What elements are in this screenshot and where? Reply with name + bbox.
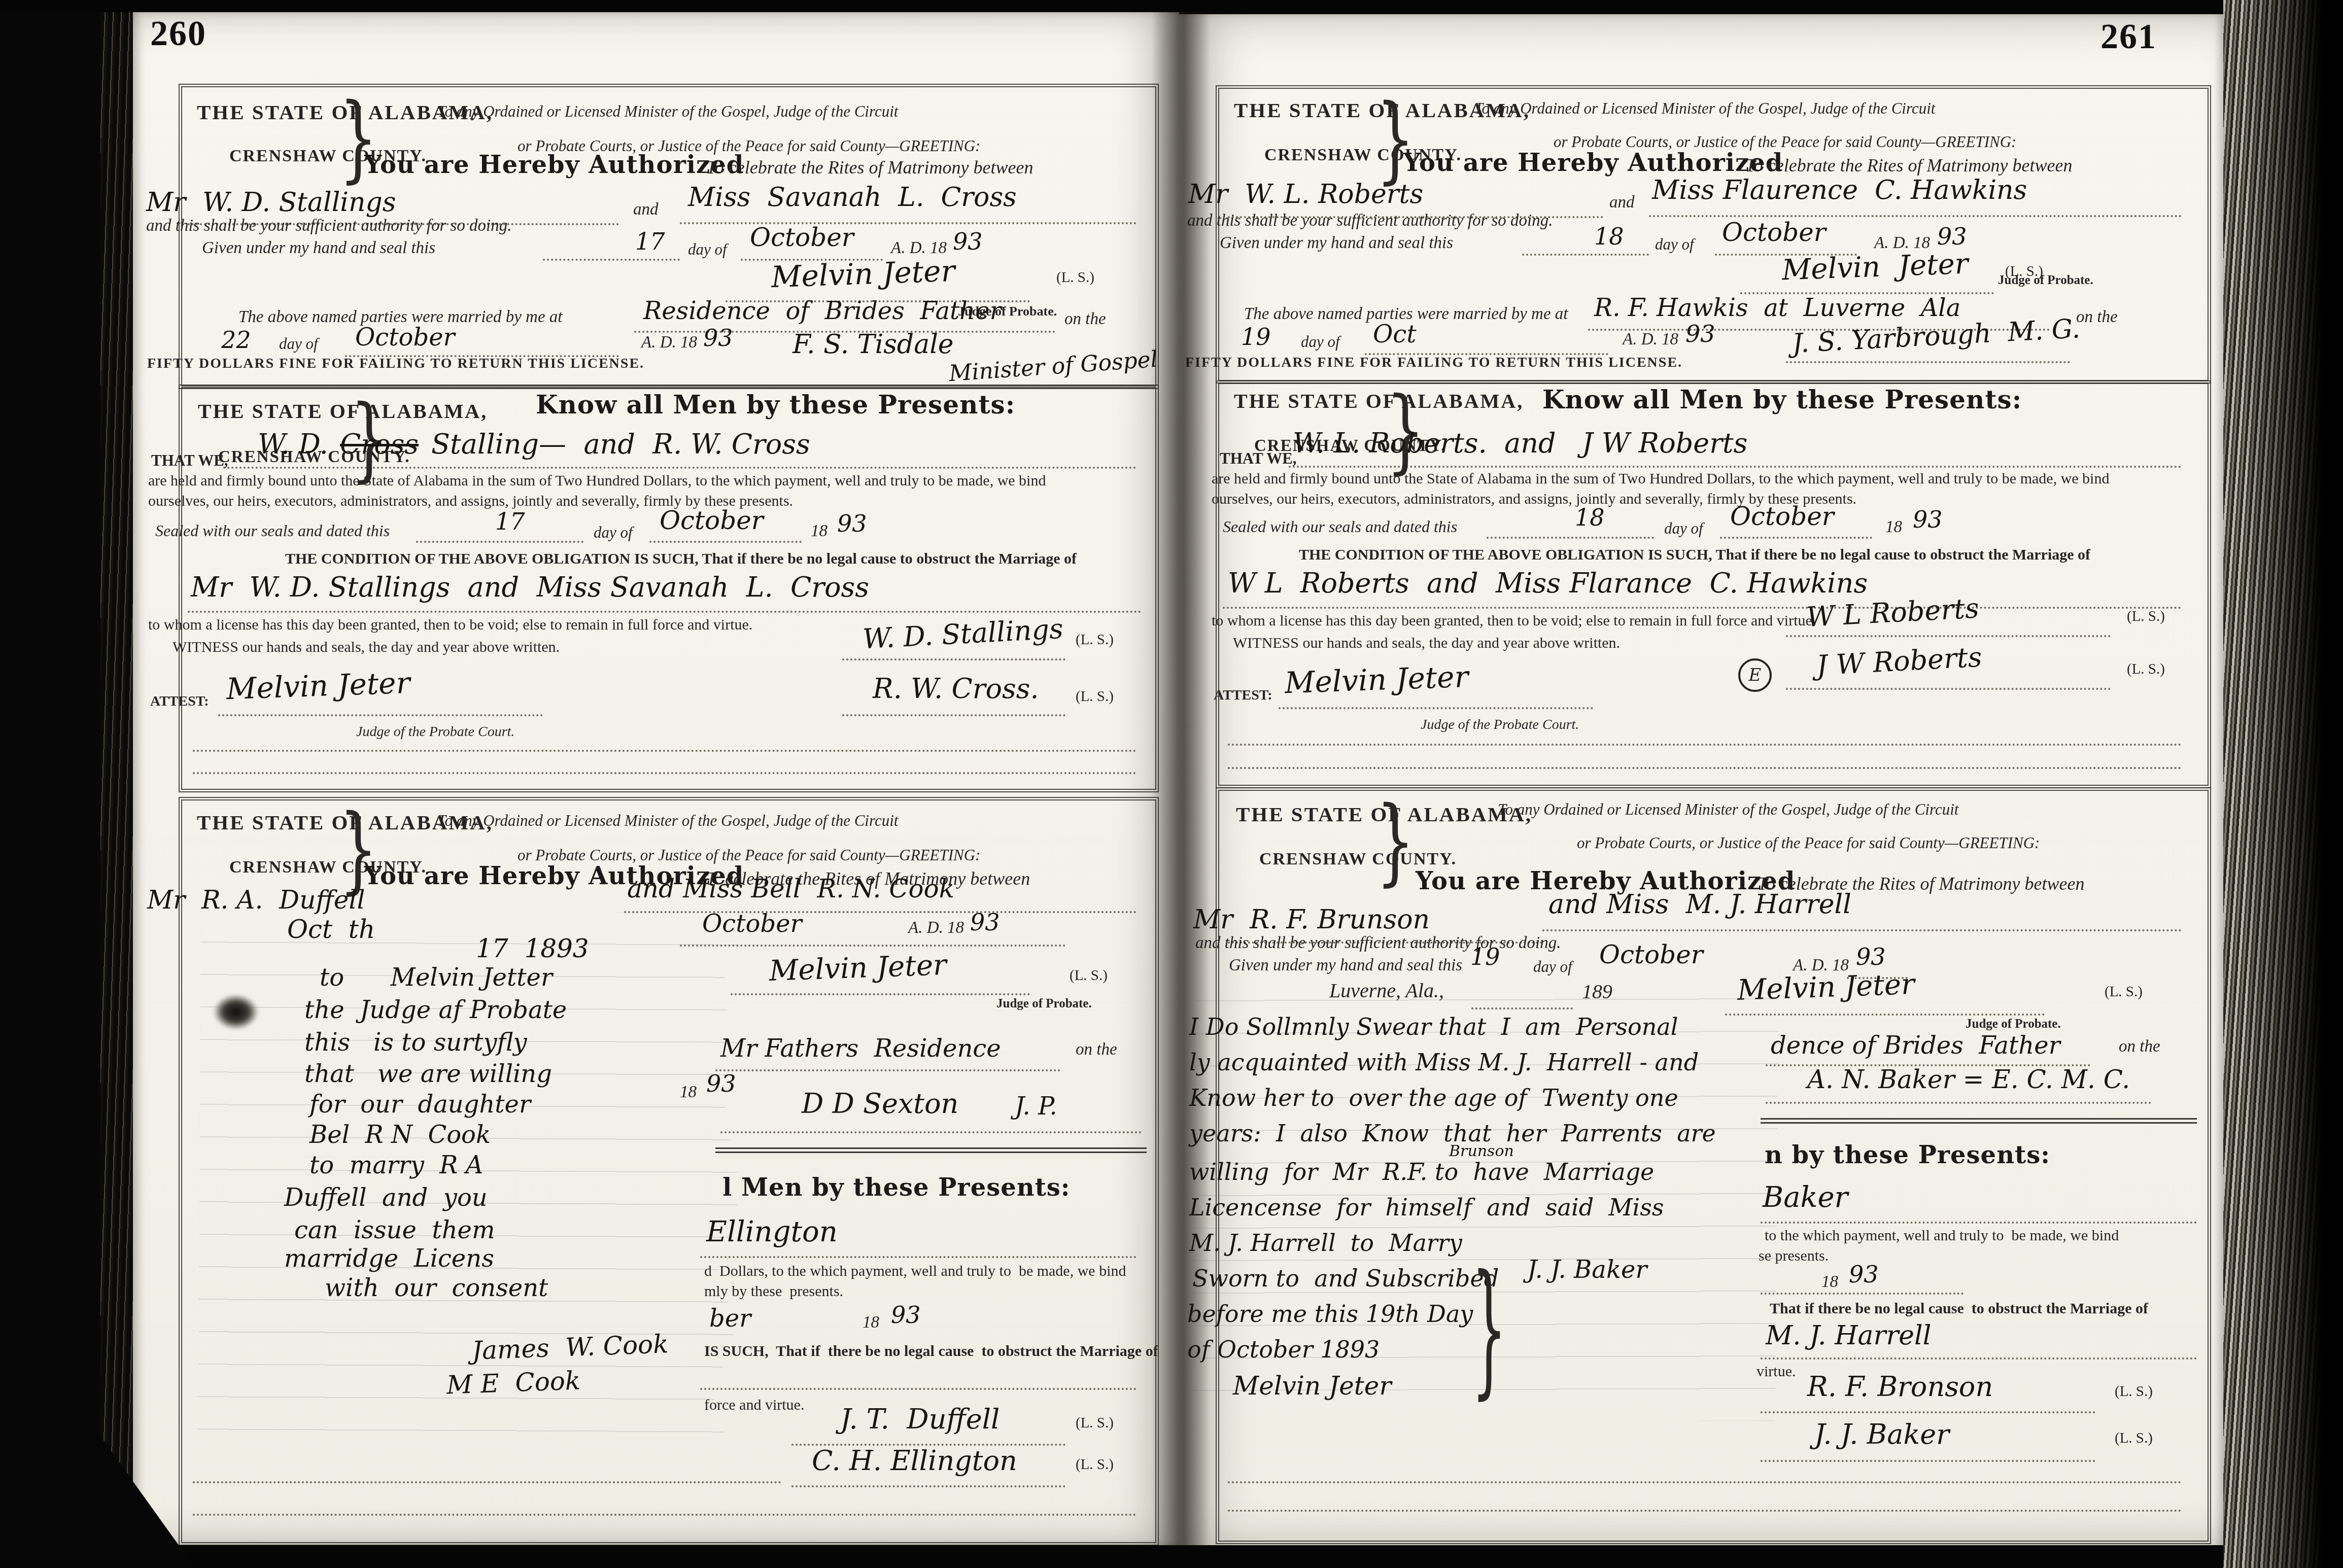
- dotted-line: [680, 945, 1065, 947]
- dotted-line: [543, 259, 680, 261]
- dotted-line: [1786, 361, 2070, 363]
- day-of-label: day of: [594, 525, 633, 541]
- officiant-signature: A. N. Baker = E. C. M. C.: [1807, 1066, 2130, 1093]
- given-under-line: Given under my hand and seal this: [1220, 234, 1453, 252]
- seal-mark-letter: E: [1749, 665, 1762, 685]
- note-line: can issue them: [294, 1217, 495, 1243]
- bride-name: Miss Savanah L. Cross: [688, 184, 1017, 212]
- day-of-label: day of: [1301, 334, 1340, 351]
- dotted-line: [193, 1481, 781, 1483]
- bond-day: 18: [1575, 505, 1605, 530]
- know-all-men-heading: Know all Men by these Presents:: [536, 392, 1015, 419]
- know-all-men-fragment: n by these Presents:: [1765, 1142, 2050, 1168]
- groom-name: Mr W. L. Roberts: [1188, 181, 1423, 208]
- addressee-line-1: To any Ordained or Licensed Minister of …: [437, 813, 898, 829]
- bond-year-fragment: 93: [1849, 1262, 1879, 1286]
- bond-day: 17: [495, 509, 525, 534]
- bond-principal-struck: Cross: [340, 430, 419, 459]
- dotted-line: [842, 714, 1065, 716]
- attest-label: ATTEST:: [150, 694, 209, 709]
- year-18-label: 18: [811, 522, 828, 540]
- bond-couple-fragment: M. J. Harrell: [1766, 1322, 1931, 1350]
- dotted-line: [842, 658, 1065, 660]
- photo-bottom-band: [0, 1545, 2343, 1568]
- authorized-tail: To celebrate the Rites of Matrimony betw…: [706, 158, 1033, 178]
- groom-name: Mr R. A. Duffell: [147, 887, 365, 914]
- note-line: marridge Licens: [284, 1246, 494, 1271]
- note-line: Oct th: [287, 916, 375, 943]
- note-line: that we are willing: [304, 1061, 552, 1087]
- dotted-line: [1786, 635, 2111, 637]
- dotted-line: [720, 1131, 1142, 1133]
- fine-warning: FIFTY DOLLARS FINE FOR FAILING TO RETURN…: [147, 356, 644, 371]
- condition-clause: THE CONDITION OF THE ABOVE OBLIGATION IS…: [1299, 547, 2090, 563]
- attest-signature: Melvin Jeter: [1284, 661, 1469, 699]
- ls-seal: (L. S.): [2115, 1431, 2153, 1446]
- marriage-place-fragment: dence of Brides Father: [1771, 1033, 2060, 1058]
- section-divider-rule: [1761, 1118, 2197, 1124]
- county-heading: CRENSHAW COUNTY.: [1259, 850, 1457, 868]
- dotted-line: [1720, 537, 1872, 539]
- license-day: 18: [1594, 224, 1624, 249]
- dotted-line: [1223, 607, 2182, 609]
- to-whom-clause: to whom a license has this day been gran…: [1212, 613, 1816, 629]
- ls-seal: (L. S.): [1056, 270, 1094, 285]
- addressee-line-2: or Probate Courts, or Justice of the Pea…: [1577, 835, 2040, 852]
- dotted-line: [188, 611, 1142, 613]
- record-book-spread: 260 261 THE STATE OF ALABAMA, CRENSHAW C…: [0, 0, 2343, 1568]
- circled-seal-mark: E: [1738, 658, 1772, 692]
- affidavit-sworn-line-2: before me this 19th Day: [1187, 1302, 1473, 1326]
- marriage-month: Oct: [1373, 322, 1417, 347]
- judge-of-probate-label: Judge of Probate.: [1966, 1018, 2061, 1031]
- bond-principals: W. L. Roberts. and J W Roberts: [1293, 429, 1747, 458]
- state-heading: THE STATE OF ALABAMA,: [1234, 391, 1524, 412]
- marriage-year: 93: [703, 326, 733, 350]
- note-signature-2: M E Cook: [446, 1367, 581, 1399]
- judge-of-probate-label: Judge of Probate.: [1998, 274, 2093, 287]
- dotted-line: [1471, 1007, 1573, 1009]
- dotted-line: [700, 1256, 1136, 1258]
- note-line: to Melvin Jetter: [320, 965, 553, 990]
- affidavit-dateline-year: 189: [1582, 981, 1612, 1002]
- bond-text-1: are held and firmly bound unto the State…: [1212, 471, 2109, 487]
- addressee-line-2: or Probate Courts, or Justice of the Pea…: [1554, 134, 2016, 151]
- condition-fragment: That if there be no legal cause to obstr…: [1770, 1301, 2148, 1317]
- officiant-signature: F. S. Tisdale: [793, 331, 954, 359]
- bond-principal-2: Stalling— and R. W. Cross: [431, 430, 810, 459]
- affidavit-witness-signature: J. J. Baker: [1527, 1257, 1647, 1282]
- license-year: 93: [953, 229, 983, 254]
- judge-probate-court-label: Judge of the Probate Court.: [356, 724, 514, 739]
- dotted-line: [791, 1485, 1065, 1487]
- note-line: for our daughter: [309, 1092, 531, 1117]
- authorized-heading: You are Hereby Authorized: [364, 152, 744, 178]
- dotted-line: [1786, 688, 2111, 690]
- on-the-label: on the: [2119, 1038, 2160, 1056]
- dotted-line: [1228, 1510, 2182, 1512]
- groom-name: Mr W. D. Stallings: [146, 189, 396, 217]
- affidavit-sworn-line-3: of October 1893: [1187, 1337, 1380, 1362]
- that-we-label: THAT WE,: [151, 452, 228, 469]
- ls-seal: (L. S.): [2105, 984, 2143, 999]
- judge-signature: Melvin Jeter: [1781, 250, 1969, 286]
- force-virtue-fragment: force and virtue.: [704, 1397, 804, 1413]
- bond-text-fragment-1: to the which payment, well and truly to …: [1765, 1228, 2119, 1244]
- marriage-day: 22: [221, 328, 251, 352]
- dotted-line: [1228, 744, 2182, 746]
- witness-clause: WITNESS our hands and seals, the day and…: [173, 639, 560, 655]
- ls-seal: (L. S.): [1076, 1457, 1114, 1472]
- dotted-line: [416, 541, 583, 543]
- bond-month: October: [1730, 503, 1834, 530]
- license-month: October: [1722, 219, 1826, 246]
- license-day: 19: [1470, 945, 1500, 969]
- ls-seal: (L. S.): [2127, 609, 2165, 624]
- note-line: this is to surtyfly: [304, 1030, 527, 1055]
- day-of-label: day of: [1655, 236, 1694, 253]
- judge-signature: Melvin Jeter: [769, 951, 947, 987]
- judge-probate-court-label: Judge of the Probate Court.: [1421, 717, 1579, 732]
- sealed-line: Sealed with our seals and dated this: [1223, 518, 1457, 536]
- attest-signature: Melvin Jeter: [226, 668, 410, 705]
- affidavit-brace: }: [1471, 1253, 1507, 1405]
- note-line: Bel R N Cook: [309, 1122, 491, 1147]
- given-under-line: Given under my hand and seal this: [202, 239, 435, 257]
- and-label: and: [1609, 194, 1635, 212]
- dotted-line: [1761, 1411, 2095, 1413]
- ls-seal: (L. S.): [1076, 1415, 1114, 1431]
- sufficient-authority-line: and this shall be your sufficient author…: [146, 217, 512, 235]
- and-label: and: [633, 201, 659, 219]
- dotted-line: [218, 714, 543, 716]
- bride-name: and Miss Bell R. N. Cook: [627, 876, 954, 902]
- year-18-label: 18: [1885, 518, 1902, 536]
- dotted-line: [649, 541, 802, 543]
- dotted-line: [1761, 1222, 2197, 1224]
- sealed-line: Sealed with our seals and dated this: [155, 522, 390, 540]
- affidavit-sworn-line-1: Sworn to and Subscribed: [1192, 1266, 1499, 1291]
- marriage-month: October: [355, 325, 455, 350]
- dotted-line: [1766, 1102, 2151, 1104]
- bond-signature-2: R. W. Cross.: [873, 675, 1039, 704]
- dotted-line: [193, 750, 1136, 752]
- condition-fragment: IS SUCH, That if there be no legal cause…: [704, 1343, 1158, 1360]
- bond-year: 93: [1913, 507, 1943, 532]
- ls-seal: (L. S.): [1070, 968, 1108, 983]
- bond-year: 93: [837, 511, 867, 536]
- affidavit-dateline-city: Luverne, Ala.,: [1329, 980, 1444, 1001]
- bond-month: October: [660, 507, 764, 534]
- day-of-label: day of: [279, 336, 318, 353]
- bond-couple-names: Mr W. D. Stallings and Miss Savanah L. C…: [191, 573, 869, 602]
- dotted-line: [715, 1069, 1060, 1071]
- dotted-line: [193, 1514, 1136, 1516]
- on-the-label: on the: [2076, 308, 2118, 326]
- marriage-year: 93: [1685, 322, 1715, 346]
- condition-clause: THE CONDITION OF THE ABOVE OBLIGATION IS…: [285, 551, 1077, 567]
- bond-signature-1: R. F. Bronson: [1807, 1373, 1993, 1402]
- photo-top-band: [0, 0, 2343, 12]
- note-line: 17 1893: [476, 935, 589, 962]
- ad18-label: A. D. 18: [641, 334, 697, 352]
- left-page-stack-edge: [100, 0, 133, 1568]
- license-day: 17: [635, 229, 665, 254]
- ls-seal: (L. S.): [2115, 1384, 2153, 1399]
- authorized-tail: To celebrate the Rites of Matrimony betw…: [1745, 156, 2073, 176]
- to-whom-clause: to whom a license has this day been gran…: [148, 617, 752, 633]
- dotted-line: [1761, 1293, 1963, 1295]
- officiant-title: J. P.: [1015, 1094, 1057, 1119]
- witness-clause: WITNESS our hands and seals, the day and…: [1233, 635, 1620, 651]
- affidavit-line: Know her to over the age of Twenty one: [1189, 1086, 1678, 1110]
- state-heading: THE STATE OF ALABAMA,: [198, 401, 488, 422]
- on-the-label: on the: [1064, 310, 1106, 328]
- bond-couple-names: W L Roberts and Miss Flarance C. Hawkins: [1228, 569, 1868, 598]
- bond-signature-1: J. T. Duffell: [840, 1405, 1000, 1434]
- day-of-label: day of: [688, 241, 727, 258]
- sufficient-authority-line: and this shall be your sufficient author…: [1195, 934, 1561, 952]
- that-we-label: THAT WE,: [1220, 450, 1297, 467]
- note-line: Duffell and you: [284, 1185, 488, 1210]
- marriage-place: R. F. Hawkis at Luverne Ala: [1594, 295, 1960, 321]
- affidavit-line: willing for Mr R.F. to have Marriage: [1189, 1160, 1654, 1184]
- dotted-line: [1761, 1357, 2197, 1360]
- dotted-line: [1228, 767, 2182, 769]
- note-line: to marry R A: [309, 1153, 483, 1178]
- day-of-label: day of: [1664, 520, 1703, 537]
- affidavit-line: ly acquainted with Miss M. J. Harrell - …: [1189, 1050, 1699, 1074]
- addressee-line-1: To any Ordained or Licensed Minister of …: [1474, 100, 1935, 117]
- marriage-place: Residence of Brides Father: [643, 298, 1002, 324]
- dotted-line: [1761, 1460, 2095, 1462]
- page-number-left: 260: [150, 15, 206, 53]
- authorized-heading: You are Hereby Authorized: [1403, 150, 1783, 176]
- bond-principal-1: W. D.: [258, 430, 328, 459]
- ls-seal: (L. S.): [1076, 632, 1114, 647]
- ls-seal: (L. S.): [1076, 689, 1114, 704]
- year-18-label: 18: [1821, 1273, 1838, 1291]
- addressee-line-1: To any Ordained or Licensed Minister of …: [437, 103, 898, 120]
- groom-name: Mr R. F. Brunson: [1193, 906, 1430, 934]
- section-divider-rule: [715, 1147, 1147, 1153]
- bride-name: and Miss M. J. Harrell: [1548, 891, 1851, 919]
- ls-seal: (L. S.): [2127, 661, 2165, 677]
- addressee-line-1: To any Ordained or Licensed Minister of …: [1498, 802, 1958, 818]
- license-year: 93: [1856, 945, 1886, 969]
- judge-of-probate-label: Judge of Probate.: [996, 997, 1092, 1011]
- bond-text-1: are held and firmly bound unto the State…: [148, 473, 1046, 489]
- sufficient-authority-line: and this shall be your sufficient author…: [1187, 212, 1553, 230]
- marriage-place: Mr Fathers Residence: [720, 1036, 1001, 1061]
- know-all-men-fragment: l Men by these Presents:: [722, 1175, 1071, 1200]
- affidavit-line: Licencense for himself and said Miss: [1189, 1195, 1664, 1219]
- dotted-line: [700, 1388, 1136, 1390]
- note-line: the Judge af Probate: [304, 997, 567, 1023]
- affidavit-line: M. J. Harrell to Marry: [1189, 1231, 1462, 1255]
- dotted-line: [680, 222, 1136, 224]
- dotted-line: [1279, 707, 1593, 709]
- fine-warning: FIFTY DOLLARS FINE FOR FAILING TO RETURN…: [1185, 355, 1682, 370]
- addressee-line-2: or Probate Courts, or Justice of the Pea…: [518, 847, 980, 864]
- affidavit-line: I Do Sollmnly Swear that I am Personal: [1189, 1015, 1678, 1039]
- page-number-right: 261: [2100, 18, 2157, 56]
- bride-name: Miss Flaurence C. Hawkins: [1652, 177, 2027, 204]
- dotted-line: [1542, 929, 2182, 931]
- brace-glyph: }: [1376, 792, 1415, 891]
- ink-blot: [213, 994, 259, 1030]
- license-year: 93: [1937, 224, 1967, 249]
- dotted-line: [731, 993, 1030, 995]
- license-month: October: [750, 224, 854, 251]
- on-the-label: on the: [1076, 1041, 1117, 1059]
- dotted-line: [1649, 215, 2182, 217]
- affidavit-inserted-name: Brunson: [1449, 1143, 1514, 1160]
- attest-label: ATTEST:: [1214, 688, 1272, 703]
- marriage-day: 19: [1241, 325, 1271, 349]
- note-line: with our consent: [325, 1275, 548, 1301]
- ad18-label: A. D. 18: [908, 919, 964, 937]
- dotted-line: [1228, 1481, 2182, 1483]
- dotted-line: [1522, 254, 1649, 256]
- know-all-men-heading: Know all Men by these Presents:: [1542, 387, 2022, 413]
- bond-text-fragment-1: d Dollars, to the which payment, well an…: [704, 1263, 1126, 1279]
- affidavit-judge-signature: Melvin Jeter: [1233, 1373, 1391, 1400]
- bond-signature-2: J. J. Baker: [1814, 1420, 1949, 1449]
- bond-signature-2: C. H. Ellington: [812, 1447, 1017, 1476]
- officiant-signature: D D Sexton: [802, 1090, 958, 1119]
- year-18-label: 18: [863, 1314, 879, 1332]
- ad18-label: A. D. 18: [1623, 331, 1678, 349]
- bond-year-fragment: 93: [891, 1303, 921, 1327]
- license-month: October: [1599, 942, 1703, 968]
- fore-edge-shadow: [2248, 0, 2343, 1568]
- dotted-line: [193, 772, 1136, 774]
- dotted-line: [1487, 537, 1654, 539]
- license-year: 93: [970, 910, 1000, 934]
- note-signature-1: James W. Cook: [471, 1331, 669, 1364]
- judge-signature: Melvin Jeter: [771, 256, 955, 293]
